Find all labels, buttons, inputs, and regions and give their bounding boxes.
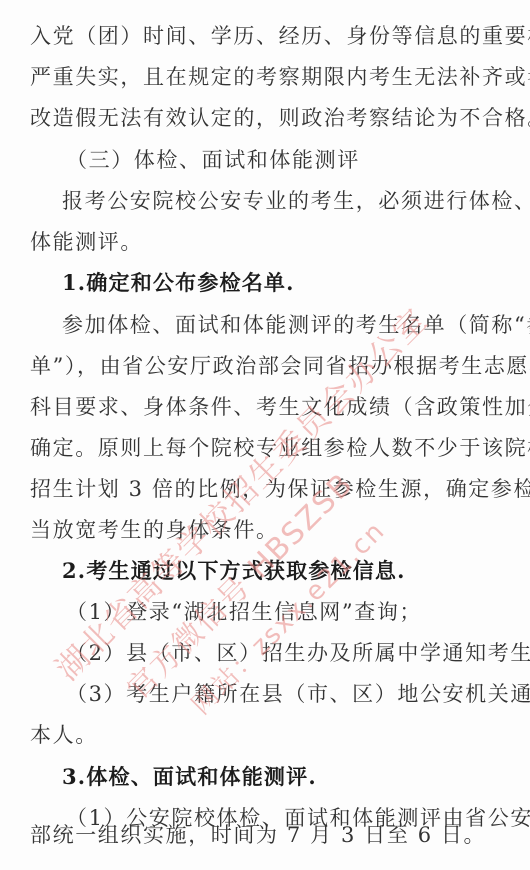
paragraph-line: 确定。原则上每个院校专业组参检人数不少于该院校专业组	[30, 433, 518, 463]
subheading-2: 2.考生通过以下方式获取参检信息.	[62, 556, 518, 586]
paragraph-line: 报考公安院校公安专业的考生，必须进行体检、面试和	[62, 186, 518, 216]
paragraph-line: 科目要求、身体条件、考生文化成绩（含政策性加分，下同）	[30, 392, 518, 422]
list-item: （1）登录“湖北招生信息网”查询；	[66, 597, 518, 627]
paragraph-line: 参加体检、面试和体能测评的考生名单（简称“参检名	[62, 310, 518, 340]
paragraph-line: 入党（团）时间、学历、经历、身份等信息的重要材料缺失、	[30, 21, 518, 51]
paragraph-line: 当放宽考生的身体条件。	[30, 515, 518, 545]
paragraph-line: 部统一组织实施，时间为 7 月 3 日至 6 日。	[30, 820, 518, 850]
list-item: （3）考生户籍所在县（市、区）地公安机关通知考生	[66, 679, 518, 709]
subheading-1: 1.确定和公布参检名单.	[62, 268, 518, 298]
list-item: （2）县（市、区）招生办及所属中学通知考生本人；	[66, 638, 518, 668]
paragraph-line: 体能测评。	[30, 227, 518, 257]
paragraph-line: 本人。	[30, 720, 518, 750]
paragraph-line: 严重失实，且在规定的考察期限内考生无法补齐或者涉嫌涂	[30, 62, 518, 92]
document-page: 入党（团）时间、学历、经历、身份等信息的重要材料缺失、 严重失实，且在规定的考察…	[0, 0, 530, 870]
paragraph-line: 招生计划 3 倍的比例，为保证参检生源，确定参检名单时适	[30, 474, 518, 504]
paragraph-line: 单”），由省公安厅政治部会同省招办根据考生志愿、选考	[30, 351, 518, 381]
subheading-3: 3.体检、面试和体能测评.	[62, 762, 518, 792]
section-heading: （三）体检、面试和体能测评	[66, 145, 518, 175]
paragraph-line: 改造假无法有效认定的，则政治考察结论为不合格。	[30, 103, 518, 133]
